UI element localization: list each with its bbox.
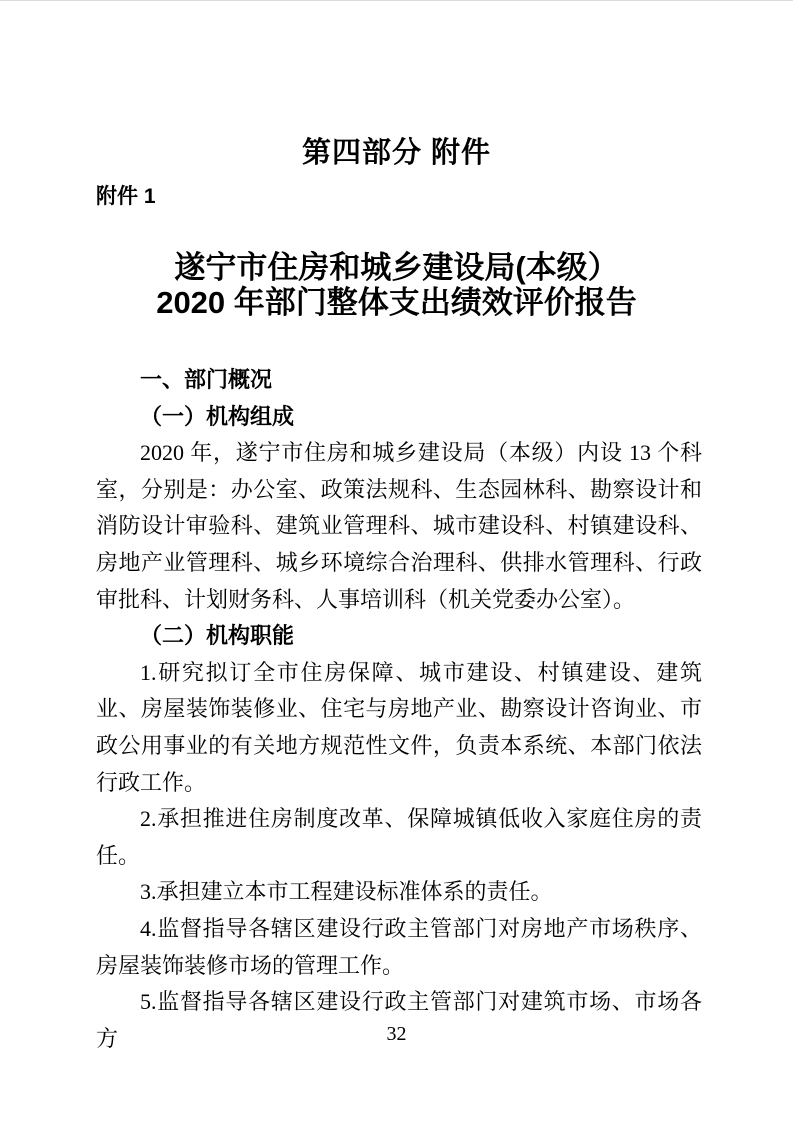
part-heading: 第四部分 附件 (0, 137, 793, 169)
function-item-3: 3.承担建立本市工程建设标准体系的责任。 (96, 874, 702, 911)
function-item-4: 4.监督指导各辖区建设行政主管部门对房地产市场秩序、房屋装饰装修市场的管理工作。 (96, 911, 702, 984)
attachment-label: 附件 1 (96, 185, 156, 209)
section-heading-overview: 一、部门概况 (96, 362, 702, 399)
subsection-heading-org-composition: （一）机构组成 (96, 399, 702, 436)
page-number: 32 (0, 1022, 793, 1046)
document-body: 一、部门概况 （一）机构组成 2020 年，遂宁市住房和城乡建设局（本级）内设 … (96, 362, 702, 1057)
document-page: 第四部分 附件 附件 1 遂宁市住房和城乡建设局(本级） 2020 年部门整体支… (0, 0, 793, 1123)
function-item-2: 2.承担推进住房制度改革、保障城镇低收入家庭住房的责任。 (96, 801, 702, 874)
function-item-1: 1.研究拟订全市住房保障、城市建设、村镇建设、建筑业、房屋装饰装修业、住宅与房地… (96, 655, 702, 801)
subsection-heading-org-functions: （二）机构职能 (96, 618, 702, 655)
document-title-line-2: 2020 年部门整体支出绩效评价报告 (0, 285, 793, 320)
document-title-line-1: 遂宁市住房和城乡建设局(本级） (0, 250, 793, 285)
document-title: 遂宁市住房和城乡建设局(本级） 2020 年部门整体支出绩效评价报告 (0, 250, 793, 320)
paragraph-org-composition: 2020 年，遂宁市住房和城乡建设局（本级）内设 13 个科室，分别是：办公室、… (96, 435, 702, 618)
function-item-5: 5.监督指导各辖区建设行政主管部门对建筑市场、市场各方 (96, 984, 702, 1057)
